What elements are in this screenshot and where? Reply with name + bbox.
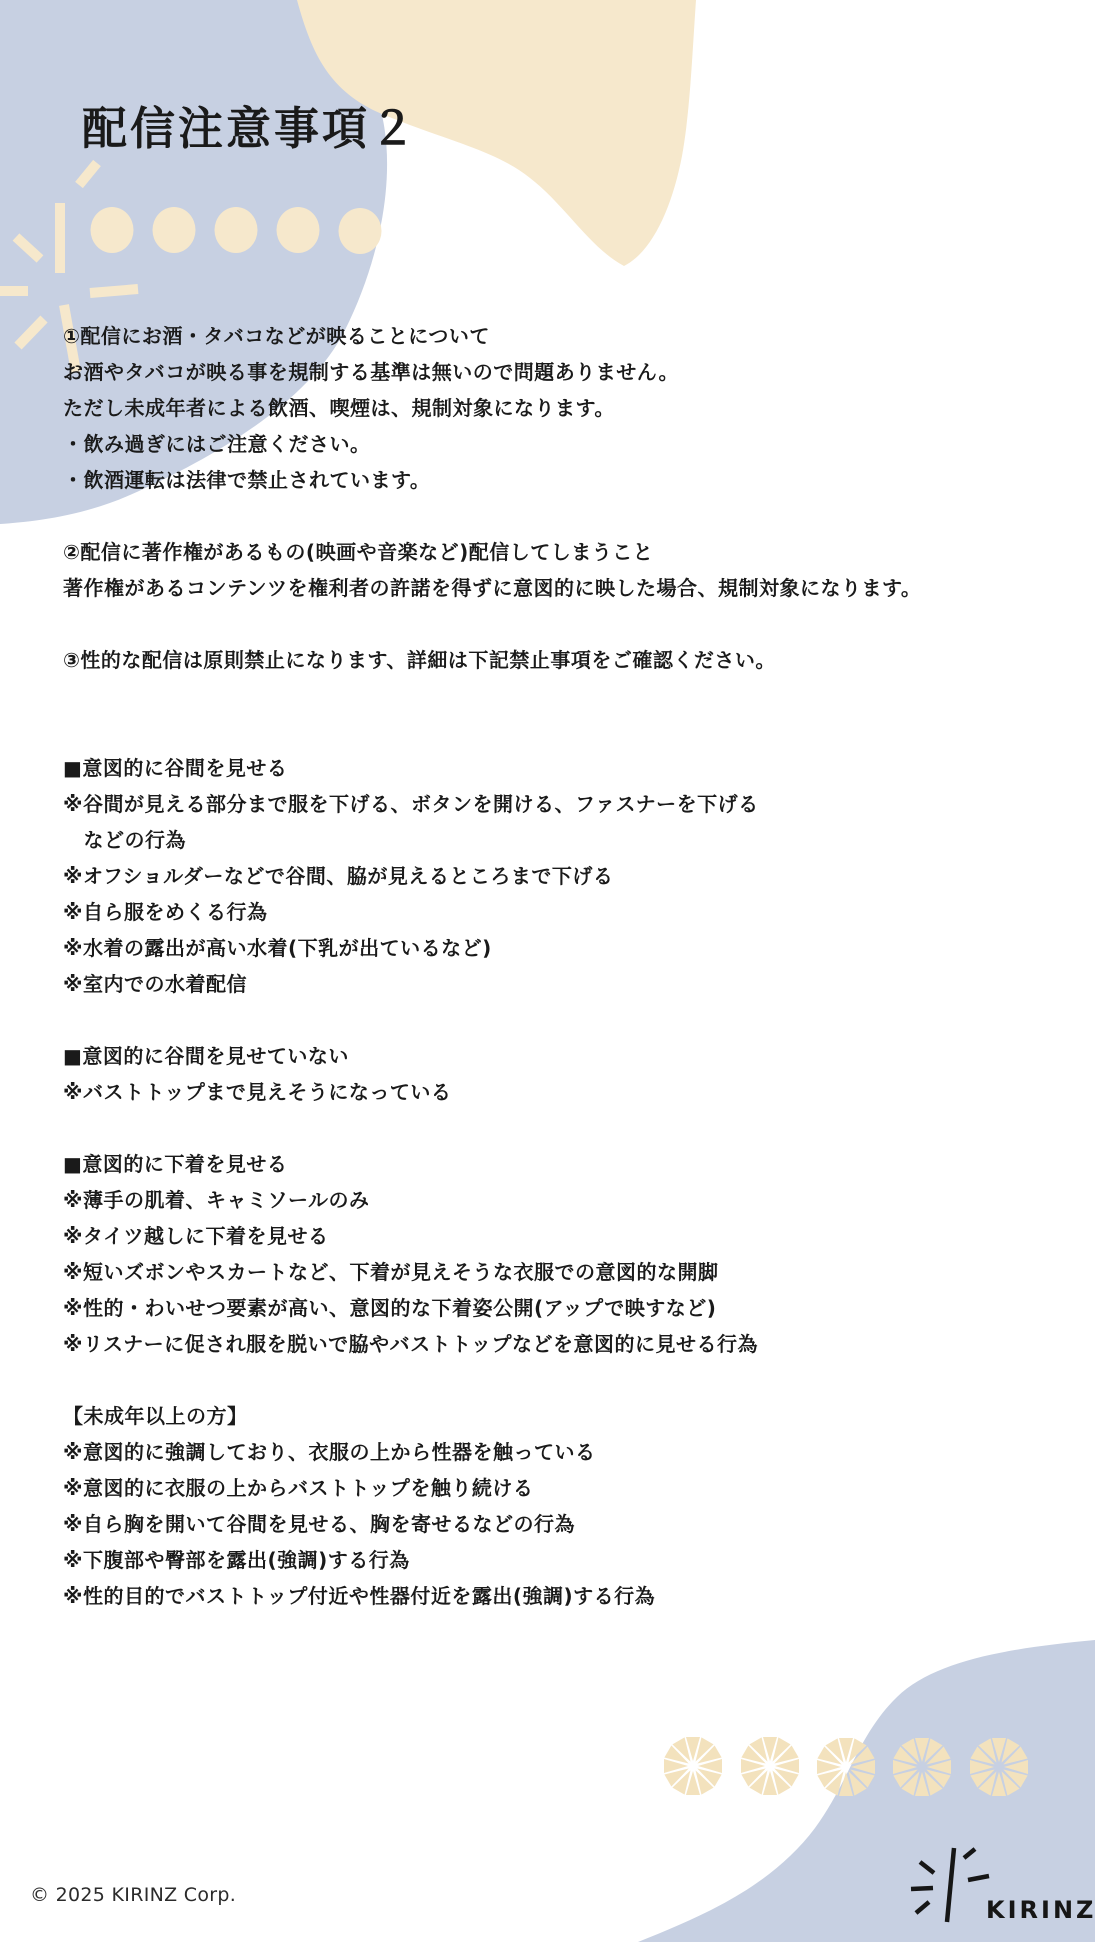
text-line: ※短いズボンやスカートなど、下着が見えそうな衣服での意図的な開脚 [63,1254,1043,1290]
text-line: ※室内での水着配信 [63,966,1043,1002]
page-title: 配信注意事項２ [82,92,418,157]
text-section: ①配信にお酒・タバコなどが映ることについてお酒やタバコが映る事を規制する基準は無… [63,318,1043,498]
text-section: 【未成年以上の方】※意図的に強調しており、衣服の上から性器を触っている※意図的に… [63,1398,1043,1614]
text-line: お酒やタバコが映る事を規制する基準は無いので問題ありません。 [63,354,1043,390]
text-line: ③性的な配信は原則禁止になります、詳細は下記禁止事項をご確認ください。 [63,642,1043,678]
text-line: ※バストトップまで見えそうになっている [63,1074,1043,1110]
text-line: ■意図的に谷間を見せる [63,750,1043,786]
text-line: ※水着の露出が高い水着(下乳が出ているなど) [63,930,1043,966]
text-line: 著作権があるコンテンツを権利者の許諾を得ずに意図的に映した場合、規制対象になりま… [63,570,1043,606]
text-line: ※タイツ越しに下着を見せる [63,1218,1043,1254]
text-line: ※薄手の肌着、キャミソールのみ [63,1182,1043,1218]
text-line: ※自ら胸を開いて谷間を見せる、胸を寄せるなどの行為 [63,1506,1043,1542]
text-line: ※オフショルダーなどで谷間、脇が見えるところまで下げる [63,858,1043,894]
text-section: ■意図的に谷間を見せていない※バストトップまで見えそうになっている [63,1038,1043,1110]
text-section: ③性的な配信は原則禁止になります、詳細は下記禁止事項をご確認ください。 [63,642,1043,678]
text-line: ※意図的に衣服の上からバストトップを触り続ける [63,1470,1043,1506]
text-line: ②配信に著作権があるもの(映画や音楽など)配信してしまうこと [63,534,1043,570]
kirinz-logo-text: KIRINZ [986,1896,1095,1924]
text-line: ※谷間が見える部分まで服を下げる、ボタンを開ける、ファスナーを下げる [63,786,1043,822]
text-line: ※性的目的でバストトップ付近や性器付近を露出(強調)する行為 [63,1578,1043,1614]
text-line: ■意図的に下着を見せる [63,1146,1043,1182]
text-line: ※自ら服をめくる行為 [63,894,1043,930]
text-section: ■意図的に下着を見せる※薄手の肌着、キャミソールのみ※タイツ越しに下着を見せる※… [63,1146,1043,1362]
text-line: ※意図的に強調しており、衣服の上から性器を触っている [63,1434,1043,1470]
text-line: などの行為 [63,822,1043,858]
text-line: ※リスナーに促され服を脱いで脇やバストトップなどを意図的に見せる行為 [63,1326,1043,1362]
text-line: ①配信にお酒・タバコなどが映ることについて [63,318,1043,354]
text-line: ・飲酒運転は法律で禁止されています。 [63,462,1043,498]
text-line: ■意図的に谷間を見せていない [63,1038,1043,1074]
slide-page: 配信注意事項２ ①配信にお酒・タバコなどが映ることについてお酒やタバコが映る事を… [0,0,1095,1942]
text-section: ②配信に著作権があるもの(映画や音楽など)配信してしまうこと著作権があるコンテン… [63,534,1043,606]
copyright-text: © 2025 KIRINZ Corp. [30,1884,236,1906]
text-line: ・飲み過ぎにはご注意ください。 [63,426,1043,462]
text-section: ■意図的に谷間を見せる※谷間が見える部分まで服を下げる、ボタンを開ける、ファスナ… [63,750,1043,1002]
text-line: ただし未成年者による飲酒、喫煙は、規制対象になります。 [63,390,1043,426]
text-line: ※性的・わいせつ要素が高い、意図的な下着姿公開(アップで映すなど) [63,1290,1043,1326]
text-line: ※下腹部や臀部を露出(強調)する行為 [63,1542,1043,1578]
text-line: 【未成年以上の方】 [63,1398,1043,1434]
sections: ①配信にお酒・タバコなどが映ることについてお酒やタバコが映る事を規制する基準は無… [63,318,1043,1614]
